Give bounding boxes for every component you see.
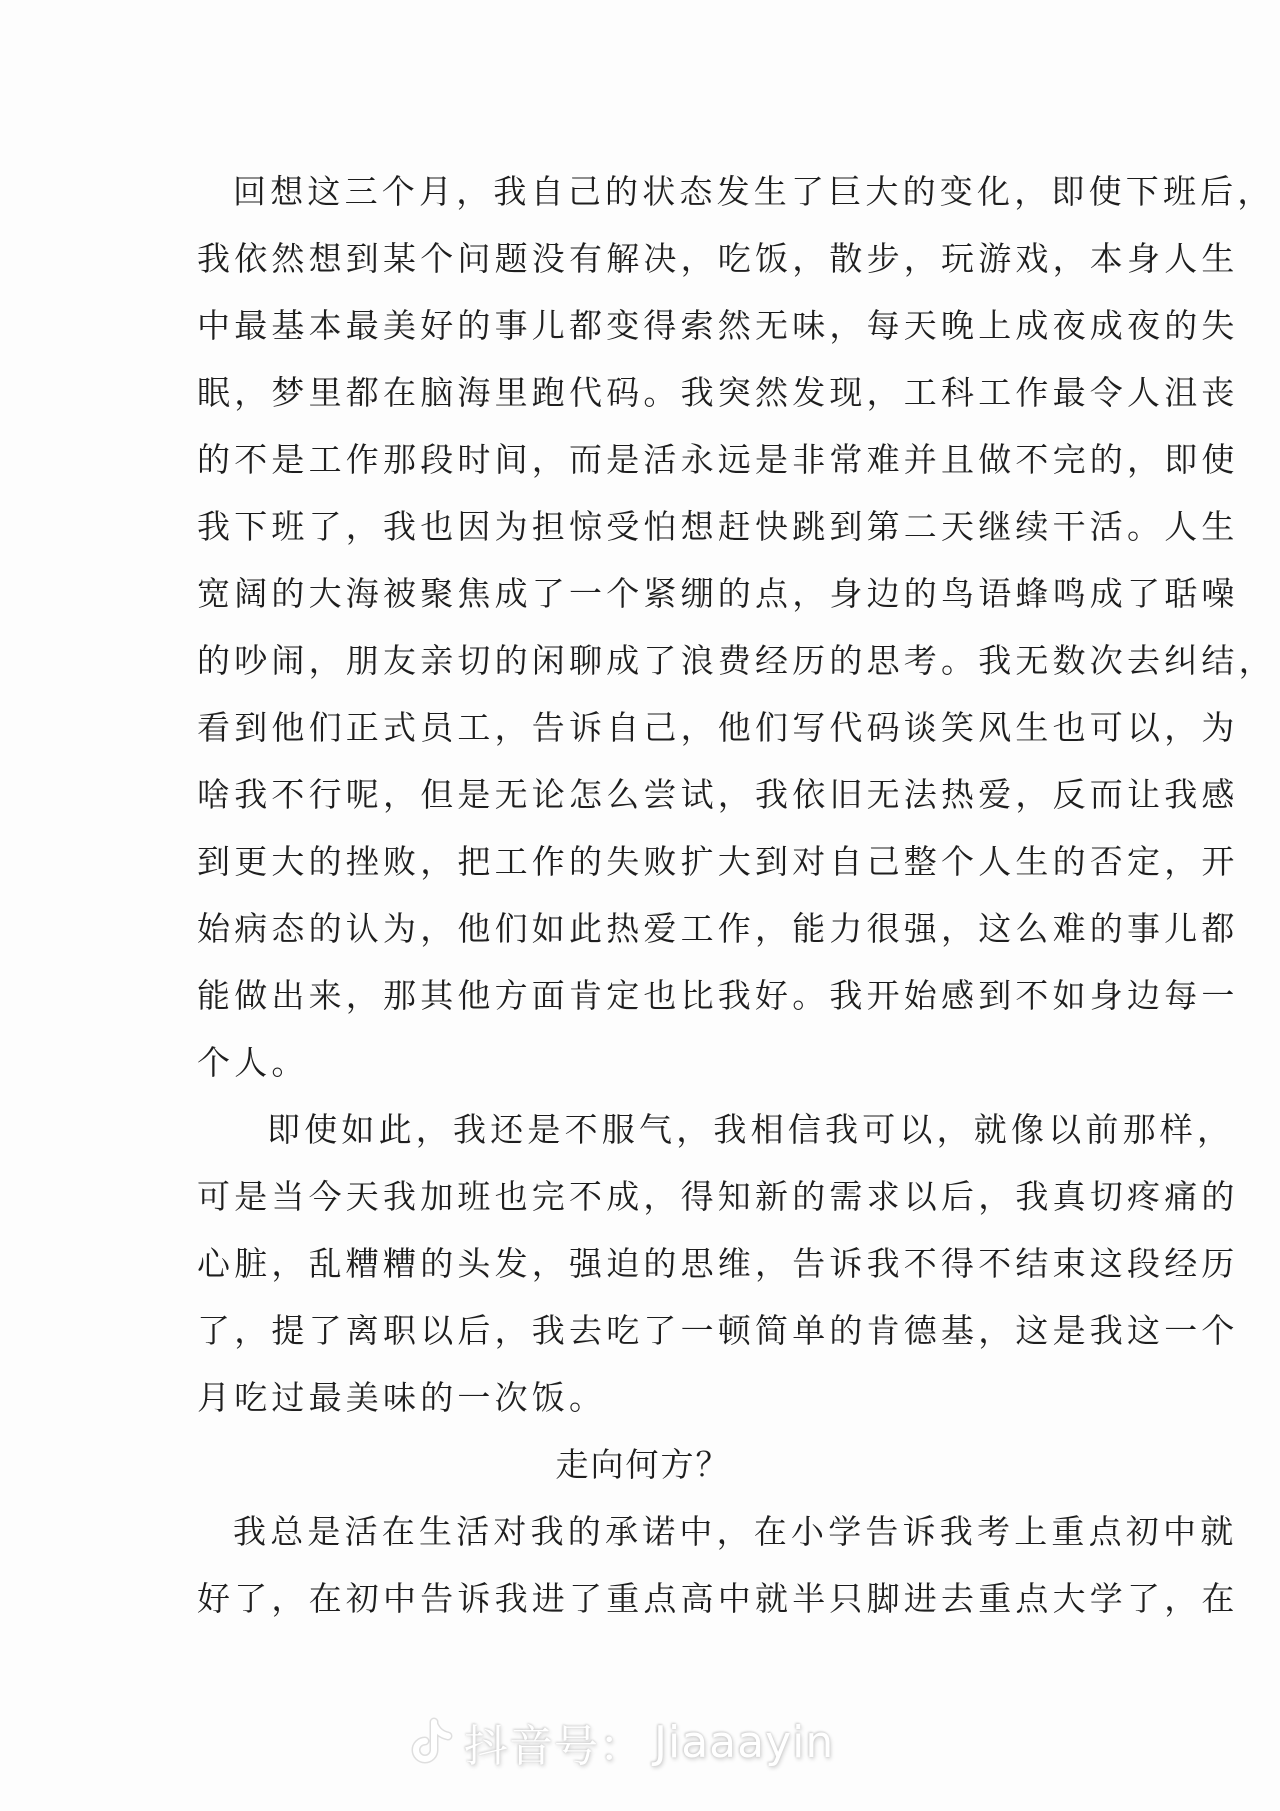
paragraph-1-line-10: 啥我不行呢，但是无论怎么尝试，我依旧无法热爱，反而让我感 <box>197 773 1092 817</box>
paragraph-1-line-4: 眠，梦里都在脑海里跑代码。我突然发现，工科工作最令人沮丧 <box>197 371 1092 415</box>
paragraph-2-line-1: 即使如此，我还是不服气，我相信我可以，就像以前那样， <box>267 1108 1092 1152</box>
paragraph-1-line-8: 的吵闹，朋友亲切的闲聊成了浪费经历的思考。我无数次去纠结， <box>197 639 1092 683</box>
paragraph-1-line-1: 回想这三个月，我自己的状态发生了巨大的变化，即使下班后， <box>233 170 1092 214</box>
paragraph-1-line-9: 看到他们正式员工，告诉自己，他们写代码谈笑风生也可以，为 <box>197 706 1092 750</box>
scanned-document-page: 回想这三个月，我自己的状态发生了巨大的变化，即使下班后， 我依然想到某个问题没有… <box>0 0 1280 1811</box>
paragraph-1-line-11: 到更大的挫败，把工作的失败扩大到对自己整个人生的否定，开 <box>197 840 1092 884</box>
paragraph-1-line-2: 我依然想到某个问题没有解决，吃饭，散步，玩游戏，本身人生 <box>197 237 1092 281</box>
paragraph-1-line-3: 中最基本最美好的事儿都变得索然无味，每天晚上成夜成夜的失 <box>197 304 1092 348</box>
paragraph-1-line-13: 能做出来，那其他方面肯定也比我好。我开始感到不如身边每一 <box>197 974 1092 1018</box>
paragraph-1-line-12: 始病态的认为，他们如此热爱工作，能力很强，这么难的事儿都 <box>197 907 1092 951</box>
section-paragraph-line-1: 我总是活在生活对我的承诺中，在小学告诉我考上重点初中就 <box>233 1510 1092 1554</box>
douyin-logo-icon <box>410 1716 454 1768</box>
paragraph-1-line-5: 的不是工作那段时间，而是活永远是非常难并且做不完的，即使 <box>197 438 1092 482</box>
paragraph-1-line-14: 个人。 <box>197 1041 1092 1085</box>
paragraph-2-line-2: 可是当今天我加班也完不成，得知新的需求以后，我真切疼痛的 <box>197 1175 1092 1219</box>
section-paragraph-line-2: 好了，在初中告诉我进了重点高中就半只脚进去重点大学了，在 <box>197 1577 1092 1621</box>
section-heading: 走向何方？ <box>0 1443 1280 1487</box>
paragraph-2-line-4: 了，提了离职以后，我去吃了一顿简单的肯德基，这是我这一个 <box>197 1309 1092 1353</box>
watermark-label: 抖音号： <box>464 1710 644 1774</box>
paragraph-2-line-5: 月吃过最美味的一次饭。 <box>197 1376 1092 1420</box>
douyin-watermark: 抖音号： Jiaaayin <box>410 1712 890 1772</box>
paragraph-1-line-7: 宽阔的大海被聚焦成了一个紧绷的点，身边的鸟语蜂鸣成了聒噪 <box>197 572 1092 616</box>
paragraph-2-line-3: 心脏，乱糟糟的头发，强迫的思维，告诉我不得不结束这段经历 <box>197 1242 1092 1286</box>
paragraph-1-line-6: 我下班了，我也因为担惊受怕想赶快跳到第二天继续干活。人生 <box>197 505 1092 549</box>
watermark-handle: Jiaaayin <box>654 1717 834 1768</box>
